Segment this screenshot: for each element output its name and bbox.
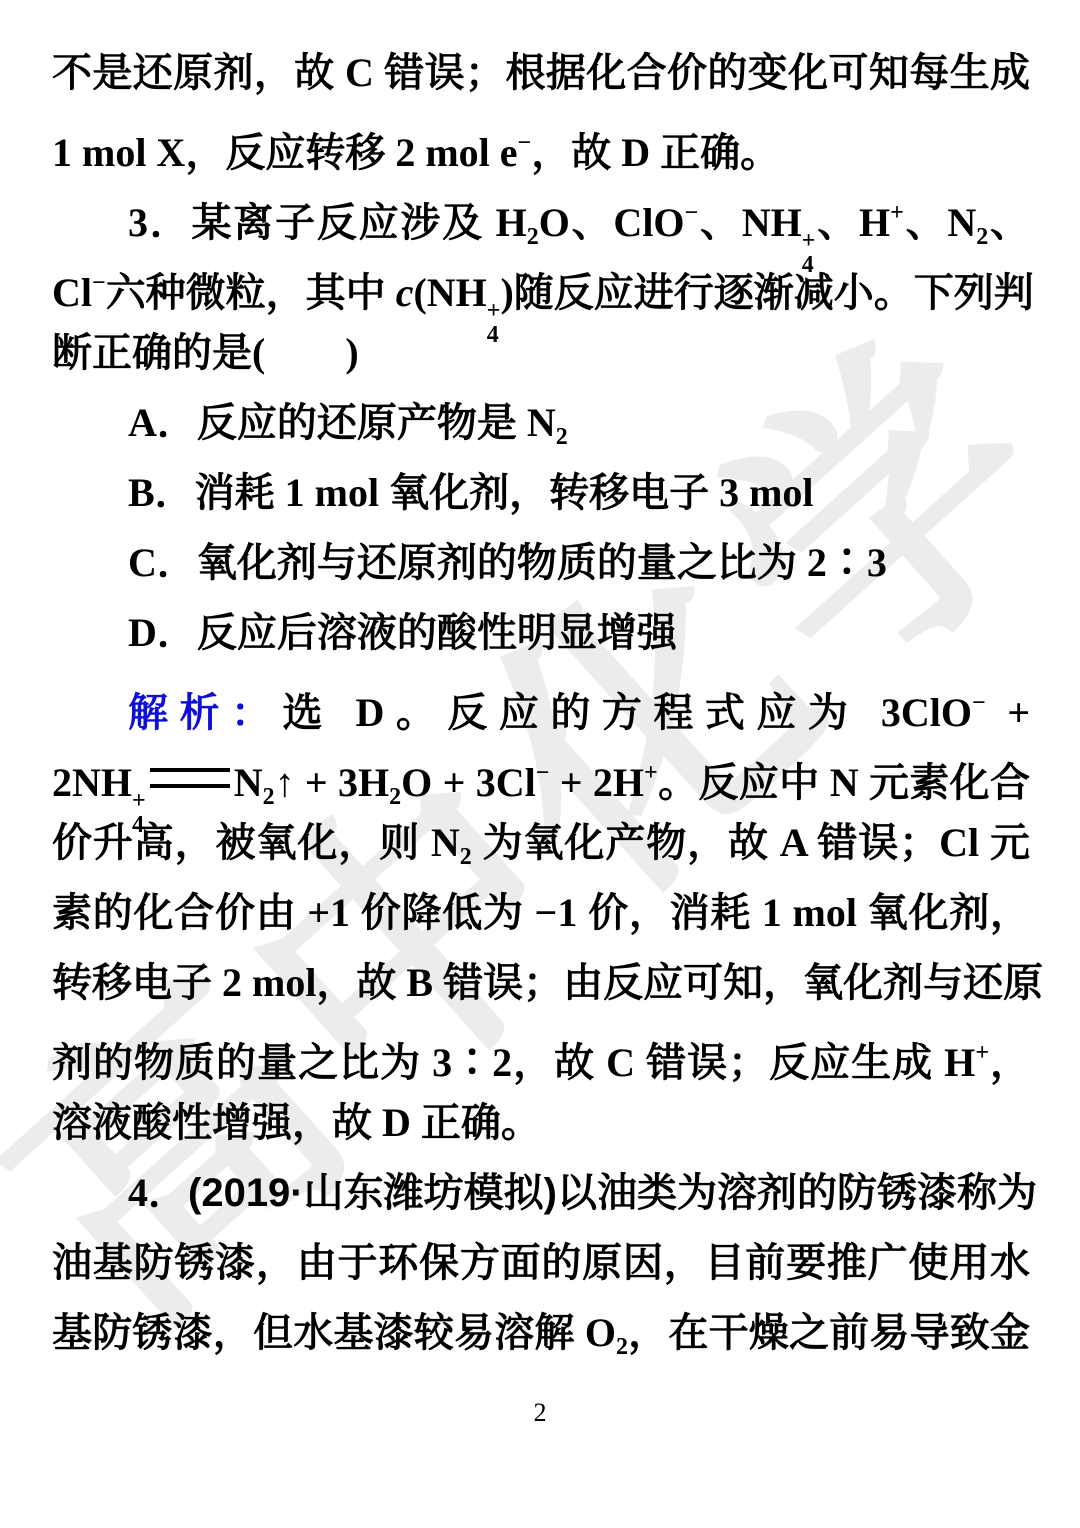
text-segment: 价升高，被氧化，则 N <box>52 820 460 865</box>
text-segment: 剂的物质的量之比为 3∶2，故 C 错误；反应生成 H <box>52 1040 975 1085</box>
text-segment: 素的化合价由 +1 价降低为 −1 价，消耗 1 mol 氧化剂， <box>52 890 1030 935</box>
text-segment: + <box>975 1040 989 1066</box>
text-segment: ， <box>989 1040 1030 1085</box>
text-segment: B．消耗 1 mol 氧化剂，转移电子 3 mol <box>128 470 814 515</box>
text-segment: 2 <box>389 784 401 810</box>
text-segment: 2 <box>263 784 275 810</box>
text-segment: 、 <box>988 200 1030 245</box>
document-body: 不是还原剂，故 C 错误；根据化合价的变化可知每生成1 mol X，反应转移 2… <box>52 38 1030 1368</box>
text-segment: 为氧化产物，故 A 错误；Cl 元 <box>472 820 1030 865</box>
text-segment: 3．某离子反应涉及 H <box>128 200 527 245</box>
text-segment: Cl <box>52 270 92 315</box>
q4-stem-line3: 基防锈漆，但水基漆较易溶解 O2，在干燥之前易导致金 <box>52 1298 1030 1368</box>
text-segment: 1 mol X，反应转移 2 mol e <box>52 130 518 175</box>
text-segment: ，在干燥之前易导致金 <box>628 1310 1030 1355</box>
text-segment: N <box>234 760 263 805</box>
text-segment: − <box>685 200 699 226</box>
text-segment: 断正确的是( ) <box>52 330 359 375</box>
text-segment: 4． <box>128 1170 188 1215</box>
text-segment: − <box>972 690 986 716</box>
q3-analysis-line3: 价升高，被氧化，则 N2 为氧化产物，故 A 错误；Cl 元 <box>52 808 1030 878</box>
text-segment: 以油类为溶剂的防锈漆称为 <box>557 1170 1037 1215</box>
text-segment: 2 <box>527 224 539 250</box>
page-number: 2 <box>0 1398 1080 1428</box>
q4-stem-line1: 4．(2019·山东潍坊模拟)以油类为溶剂的防锈漆称为 <box>52 1158 1030 1228</box>
text-segment: 。反应中 N 元素化合 <box>658 760 1030 805</box>
text-segment: (2019·山东潍坊模拟) <box>188 1171 557 1215</box>
text-segment: )随反应进行逐渐减小。下列判 <box>500 270 1033 315</box>
q3-analysis-line4: 素的化合价由 +1 价降低为 −1 价，消耗 1 mol 氧化剂， <box>52 878 1030 948</box>
document-page: 高中化学 不是还原剂，故 C 错误；根据化合价的变化可知每生成1 mol X，反… <box>0 0 1080 1528</box>
text-segment: 、NH <box>698 200 802 245</box>
text-segment: c <box>396 270 414 315</box>
text-segment: (NH <box>413 270 486 315</box>
q3-stem-line1: 3．某离子反应涉及 H2O、ClO−、NH+4、H+、N2、 <box>52 178 1030 248</box>
q3-option-a: A．反应的还原产物是 N2 <box>52 388 1030 458</box>
text-segment: D．反应后溶液的酸性明显增强 <box>128 610 677 655</box>
q4-stem-line2: 油基防锈漆，由于环保方面的原因，目前要推广使用水 <box>52 1228 1030 1298</box>
q3-analysis-line7: 溶液酸性增强，故 D 正确。 <box>52 1088 1030 1158</box>
q3-option-d: D．反应后溶液的酸性明显增强 <box>52 598 1030 668</box>
text-segment: 溶液酸性增强，故 D 正确。 <box>52 1100 541 1145</box>
text-segment: + <box>986 690 1030 735</box>
text-segment: − <box>518 130 532 156</box>
q3-stem-line2: Cl−六种微粒，其中 c(NH+4)随反应进行逐渐减小。下列判 <box>52 248 1030 318</box>
text-segment: 不是还原剂，故 C 错误；根据化合价的变化可知每生成 <box>52 50 1030 95</box>
q3-analysis-line6: 剂的物质的量之比为 3∶2，故 C 错误；反应生成 H+， <box>52 1018 1030 1088</box>
q3-option-b: B．消耗 1 mol 氧化剂，转移电子 3 mol <box>52 458 1030 528</box>
text-segment: ，故 D 正确。 <box>531 130 780 175</box>
text-segment: 2NH <box>52 760 132 805</box>
q3-analysis-line2: 2NH+4N2↑ + 3H2O + 3Cl− + 2H+。反应中 N 元素化合 <box>52 738 1030 808</box>
text-segment: 油基防锈漆，由于环保方面的原因，目前要推广使用水 <box>52 1240 1030 1285</box>
text-segment: 转移电子 2 mol，故 B 错误；由反应可知，氧化剂与还原 <box>52 960 1043 1005</box>
text-segment: 基防锈漆，但水基漆较易溶解 O <box>52 1310 616 1355</box>
text-segment: 解析： <box>128 691 283 735</box>
text-segment: A．反应的还原产物是 N <box>128 400 556 445</box>
text-segment: 、N <box>904 200 976 245</box>
text-segment: − <box>92 270 106 296</box>
q3-option-c: C．氧化剂与还原剂的物质的量之比为 2∶3 <box>52 528 1030 598</box>
text-segment: 六种微粒，其中 <box>106 270 396 315</box>
ion-charge-stack: +4 <box>487 299 501 347</box>
text-segment: O + 3Cl <box>401 760 536 805</box>
q3-analysis-line1: 解析：选 D。反应的方程式应为 3ClO− + <box>52 668 1030 738</box>
q3-stem-line3: 断正确的是( ) <box>52 318 1030 388</box>
text-segment: 2 <box>556 424 568 450</box>
text-segment: 2 <box>976 224 988 250</box>
text-segment: + <box>890 200 904 226</box>
sol2-tail-line1: 不是还原剂，故 C 错误；根据化合价的变化可知每生成 <box>52 38 1030 108</box>
text-segment: + <box>644 760 658 786</box>
text-segment: + 2H <box>549 760 644 805</box>
text-segment: 2 <box>616 1334 628 1360</box>
reaction-equals-sign <box>150 768 230 788</box>
text-segment: 选 D。反应的方程式应为 3ClO <box>283 690 973 735</box>
q3-analysis-line5: 转移电子 2 mol，故 B 错误；由反应可知，氧化剂与还原 <box>52 948 1030 1018</box>
sol2-tail-line2: 1 mol X，反应转移 2 mol e−，故 D 正确。 <box>52 108 1030 178</box>
text-segment: ↑ + 3H <box>275 760 390 805</box>
text-segment: − <box>536 760 550 786</box>
text-segment: O、ClO <box>539 200 685 245</box>
text-segment: C．氧化剂与还原剂的物质的量之比为 2∶3 <box>128 540 887 585</box>
text-segment: 2 <box>460 844 472 870</box>
text-segment: 、H <box>815 200 890 245</box>
